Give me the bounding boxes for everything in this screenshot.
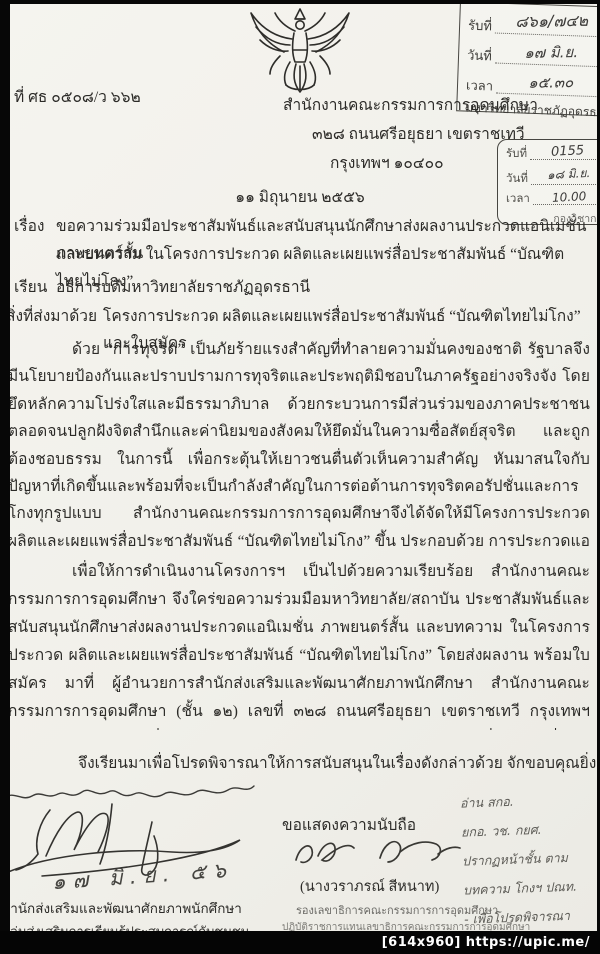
scan-border-top	[0, 0, 600, 4]
watermark-text: [614x960] https://upic.me/	[382, 935, 590, 950]
letterhead-org: สำนักงานคณะกรรมการการอุดมศึกษา	[283, 92, 538, 119]
closing-paragraph: จึงเรียนมาเพื่อโปรดพิจารณาให้การสนับสนุน…	[78, 750, 596, 777]
garuda-emblem-icon	[240, 6, 360, 98]
stamp1-date-value: ๑๗ มิ.ย.	[524, 40, 578, 65]
stamp2-received-value: 0155	[551, 143, 585, 160]
footer-dept-1: สำนักส่งเสริมและพัฒนาศักยภาพนักศึกษา	[2, 897, 242, 919]
doc-number: ที่ ศธ ๐๕๐๘/ว ๖๖๒	[14, 84, 141, 111]
subject-label: เรื่อง	[14, 213, 45, 240]
handwritten-note-line: - เพื่อโปรดพิจารณา	[464, 899, 600, 933]
stamp1-received-value: ๘๖๑/๗๔๒	[515, 9, 588, 35]
handwritten-note-line: ปรากฏหน้าชั้น ตาม	[462, 841, 600, 875]
attachment-label: สิ่งที่ส่งมาด้วย	[6, 303, 97, 330]
scan-border-left	[0, 0, 10, 954]
watermark-bar: [614x960] https://upic.me/	[0, 931, 600, 954]
handwritten-margin-notes: อ่าน สกอ. ยกอ. วช. กยศ. ปรากฏหน้าชั้น ตา…	[460, 783, 600, 933]
handwritten-note-line: ยกอ. วช. กยศ.	[461, 812, 600, 846]
signature-scrawl-signer	[288, 832, 463, 874]
letterhead-address2: กรุงเทพฯ ๑๐๔๐๐	[330, 150, 444, 177]
body-paragraph-2: เพื่อให้การดำเนินงานโครงการฯ เป็นไปด้วยค…	[8, 558, 590, 730]
scanned-letter-page: รับที่ ๘๖๑/๗๔๒ วันที่ ๑๗ มิ.ย. เวลา ๑๕.๓…	[0, 0, 600, 954]
to-label: เรียน	[14, 274, 47, 301]
letterhead-address1: ๓๒๘ ถนนศรีอยุธยา เขตราชเทวี	[312, 121, 525, 148]
stamp2-date-value: ๑๘ มิ.ย.	[546, 164, 590, 185]
signer-name: (นางวราภรณ์ สีหนาท)	[300, 874, 439, 901]
letter-date: ๑๑ มิถุนายน ๒๕๕๖	[0, 184, 600, 211]
body-paragraph-1: ด้วย “การทุจริต” เป็นภัยร้ายแรงสำคัญที่ท…	[8, 336, 590, 556]
handwritten-note-line: บทความ โกงฯ ปณท.	[463, 870, 600, 904]
stamp2-received-label: รับที่	[506, 145, 527, 163]
to-value: อธิการบดีมหาวิทยาลัยราชภัฏอุดรธานี	[56, 274, 310, 301]
stamp1-received-label: รับที่	[468, 15, 493, 37]
stamp1-date-label: วันที่	[467, 45, 492, 67]
